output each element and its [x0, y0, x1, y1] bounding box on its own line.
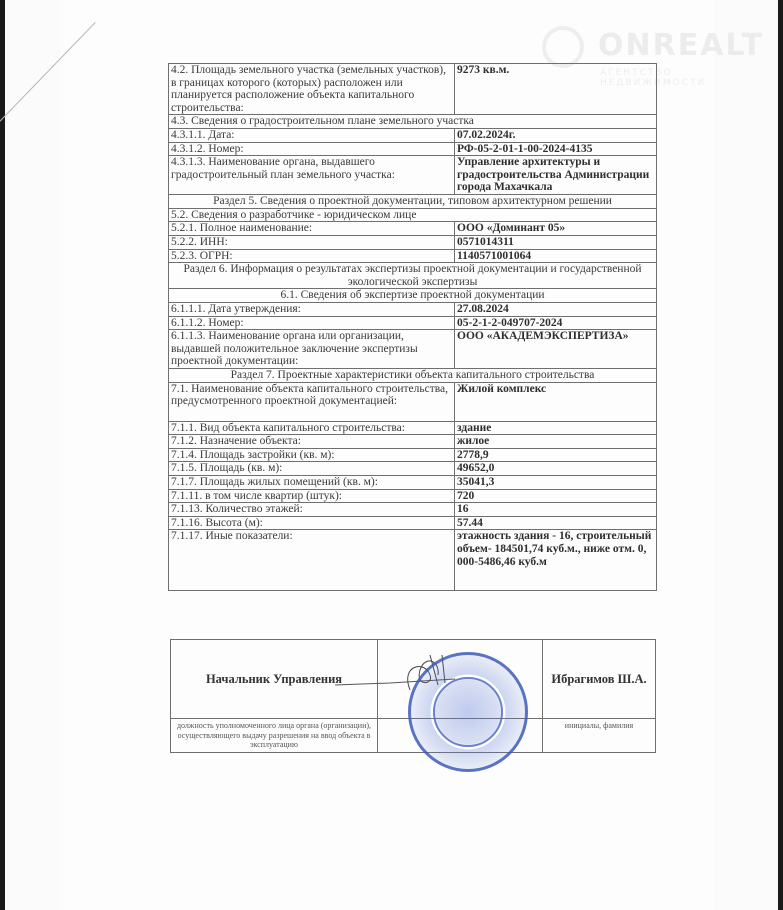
row-label: 7.1.11. в том числе квартир (штук):	[169, 489, 455, 503]
row-label: 7.1.7. Площадь жилых помещений (кв. м):	[169, 476, 455, 490]
permit-table: 4.2. Площадь земельного участка (земельн…	[168, 63, 657, 591]
table-row: 4.2. Площадь земельного участка (земельн…	[169, 64, 657, 115]
row-value: ООО «АКАДЕМЭКСПЕРТИЗА»	[455, 330, 657, 369]
table-row: 5.2. Сведения о разработчике - юридическ…	[169, 208, 657, 222]
table-row: 7.1.16. Высота (м): 57.44	[169, 516, 657, 530]
table-row: Раздел 5. Сведения о проектной документа…	[169, 195, 657, 209]
row-value: 49652,0	[455, 462, 657, 476]
row-label: 7.1.1. Вид объекта капитального строител…	[169, 421, 455, 435]
table-row: 7.1.13. Количество этажей: 16	[169, 503, 657, 517]
seal-emblem	[433, 677, 503, 747]
row-label: 4.3.1.1. Дата:	[169, 128, 455, 142]
table-row: 5.2.1. Полное наименование: ООО «Доминан…	[169, 222, 657, 236]
row-label: 4.3.1.3. Наименование органа, выдавшего …	[169, 156, 455, 195]
row-value: Жилой комплекс	[455, 382, 657, 421]
table-row: 6.1. Сведения об экспертизе проектной до…	[169, 289, 657, 303]
row-value: 16	[455, 503, 657, 517]
row-label: 5.2.3. ОГРН:	[169, 249, 455, 263]
subsection-header: 4.3. Сведения о градостроительном плане …	[169, 115, 657, 129]
row-label: 5.2.2. ИНН:	[169, 235, 455, 249]
table-row: 4.3.1.2. Номер: РФ-05-2-01-1-00-2024-413…	[169, 142, 657, 156]
row-value: 27.08.2024	[455, 302, 657, 316]
table-row: 7.1.7. Площадь жилых помещений (кв. м): …	[169, 476, 657, 490]
table-row: 7.1.5. Площадь (кв. м): 49652,0	[169, 462, 657, 476]
row-value: 1140571001064	[455, 249, 657, 263]
section-header: Раздел 6. Информация о результатах экспе…	[169, 263, 657, 289]
row-value: 57.44	[455, 516, 657, 530]
section-header: Раздел 5. Сведения о проектной документа…	[169, 195, 657, 209]
official-seal-icon	[408, 652, 528, 772]
name-caption: инициалы, фамилия	[543, 719, 656, 753]
table-row: 6.1.1.3. Наименование органа или организ…	[169, 330, 657, 369]
table-row: 7.1.17. Иные показатели: этажность здани…	[169, 530, 657, 591]
table-row: 7.1.2. Назначение объекта: жилое	[169, 435, 657, 449]
table-row: 5.2.2. ИНН: 0571014311	[169, 235, 657, 249]
row-value: 720	[455, 489, 657, 503]
row-value: РФ-05-2-01-1-00-2024-4135	[455, 142, 657, 156]
row-value: 2778,9	[455, 448, 657, 462]
row-label: 7.1. Наименование объекта капитального с…	[169, 382, 455, 421]
row-value: 0571014311	[455, 235, 657, 249]
table-row: 6.1.1.1. Дата утверждения: 27.08.2024	[169, 302, 657, 316]
row-value: Управление архитектуры и градостроительс…	[455, 156, 657, 195]
row-label: 6.1.1.1. Дата утверждения:	[169, 302, 455, 316]
official-name: Ибрагимов Ш.А.	[543, 640, 656, 719]
subsection-header: 5.2. Сведения о разработчике - юридическ…	[169, 208, 657, 222]
left-frame-edge	[0, 0, 5, 910]
table-row: 7.1.1. Вид объекта капитального строител…	[169, 421, 657, 435]
row-value: 35041,3	[455, 476, 657, 490]
table-row: 4.3.1.3. Наименование органа, выдавшего …	[169, 156, 657, 195]
row-label: 6.1.1.2. Номер:	[169, 316, 455, 330]
row-label: 7.1.13. Количество этажей:	[169, 503, 455, 517]
table-row: Раздел 7. Проектные характеристики объек…	[169, 369, 657, 383]
house-logo-icon	[542, 26, 584, 68]
section-header: Раздел 7. Проектные характеристики объек…	[169, 369, 657, 383]
row-label: 7.1.4. Площадь застройки (кв. м):	[169, 448, 455, 462]
row-value: 07.02.2024г.	[455, 128, 657, 142]
table-row: 6.1.1.2. Номер: 05-2-1-2-049707-2024	[169, 316, 657, 330]
row-label: 7.1.17. Иные показатели:	[169, 530, 455, 591]
table-row: 7.1. Наименование объекта капитального с…	[169, 382, 657, 421]
row-value: 05-2-1-2-049707-2024	[455, 316, 657, 330]
table-row: 7.1.11. в том числе квартир (штук): 720	[169, 489, 657, 503]
row-label: 7.1.5. Площадь (кв. м):	[169, 462, 455, 476]
row-value: здание	[455, 421, 657, 435]
table-row: 7.1.4. Площадь застройки (кв. м): 2778,9	[169, 448, 657, 462]
table-row: Раздел 6. Информация о результатах экспе…	[169, 263, 657, 289]
row-label: 4.2. Площадь земельного участка (земельн…	[169, 64, 455, 115]
row-label: 7.1.2. Назначение объекта:	[169, 435, 455, 449]
table-row: 5.2.3. ОГРН: 1140571001064	[169, 249, 657, 263]
row-value: этажность здания - 16, строительный объе…	[455, 530, 657, 591]
row-value: ООО «Доминант 05»	[455, 222, 657, 236]
subsection-header: 6.1. Сведения об экспертизе проектной до…	[169, 289, 657, 303]
row-value: 9273 кв.м.	[455, 64, 657, 115]
row-value: жилое	[455, 435, 657, 449]
table-row: 4.3.1.1. Дата: 07.02.2024г.	[169, 128, 657, 142]
right-frame-edge	[778, 0, 783, 910]
row-label: 6.1.1.3. Наименование органа или организ…	[169, 330, 455, 369]
row-label: 5.2.1. Полное наименование:	[169, 222, 455, 236]
watermark-brand: ONREALT	[598, 28, 764, 63]
row-label: 4.3.1.2. Номер:	[169, 142, 455, 156]
table-row: 4.3. Сведения о градостроительном плане …	[169, 115, 657, 129]
row-label: 7.1.16. Высота (м):	[169, 516, 455, 530]
position-caption: должность уполномоченного лица органа (о…	[171, 719, 378, 753]
